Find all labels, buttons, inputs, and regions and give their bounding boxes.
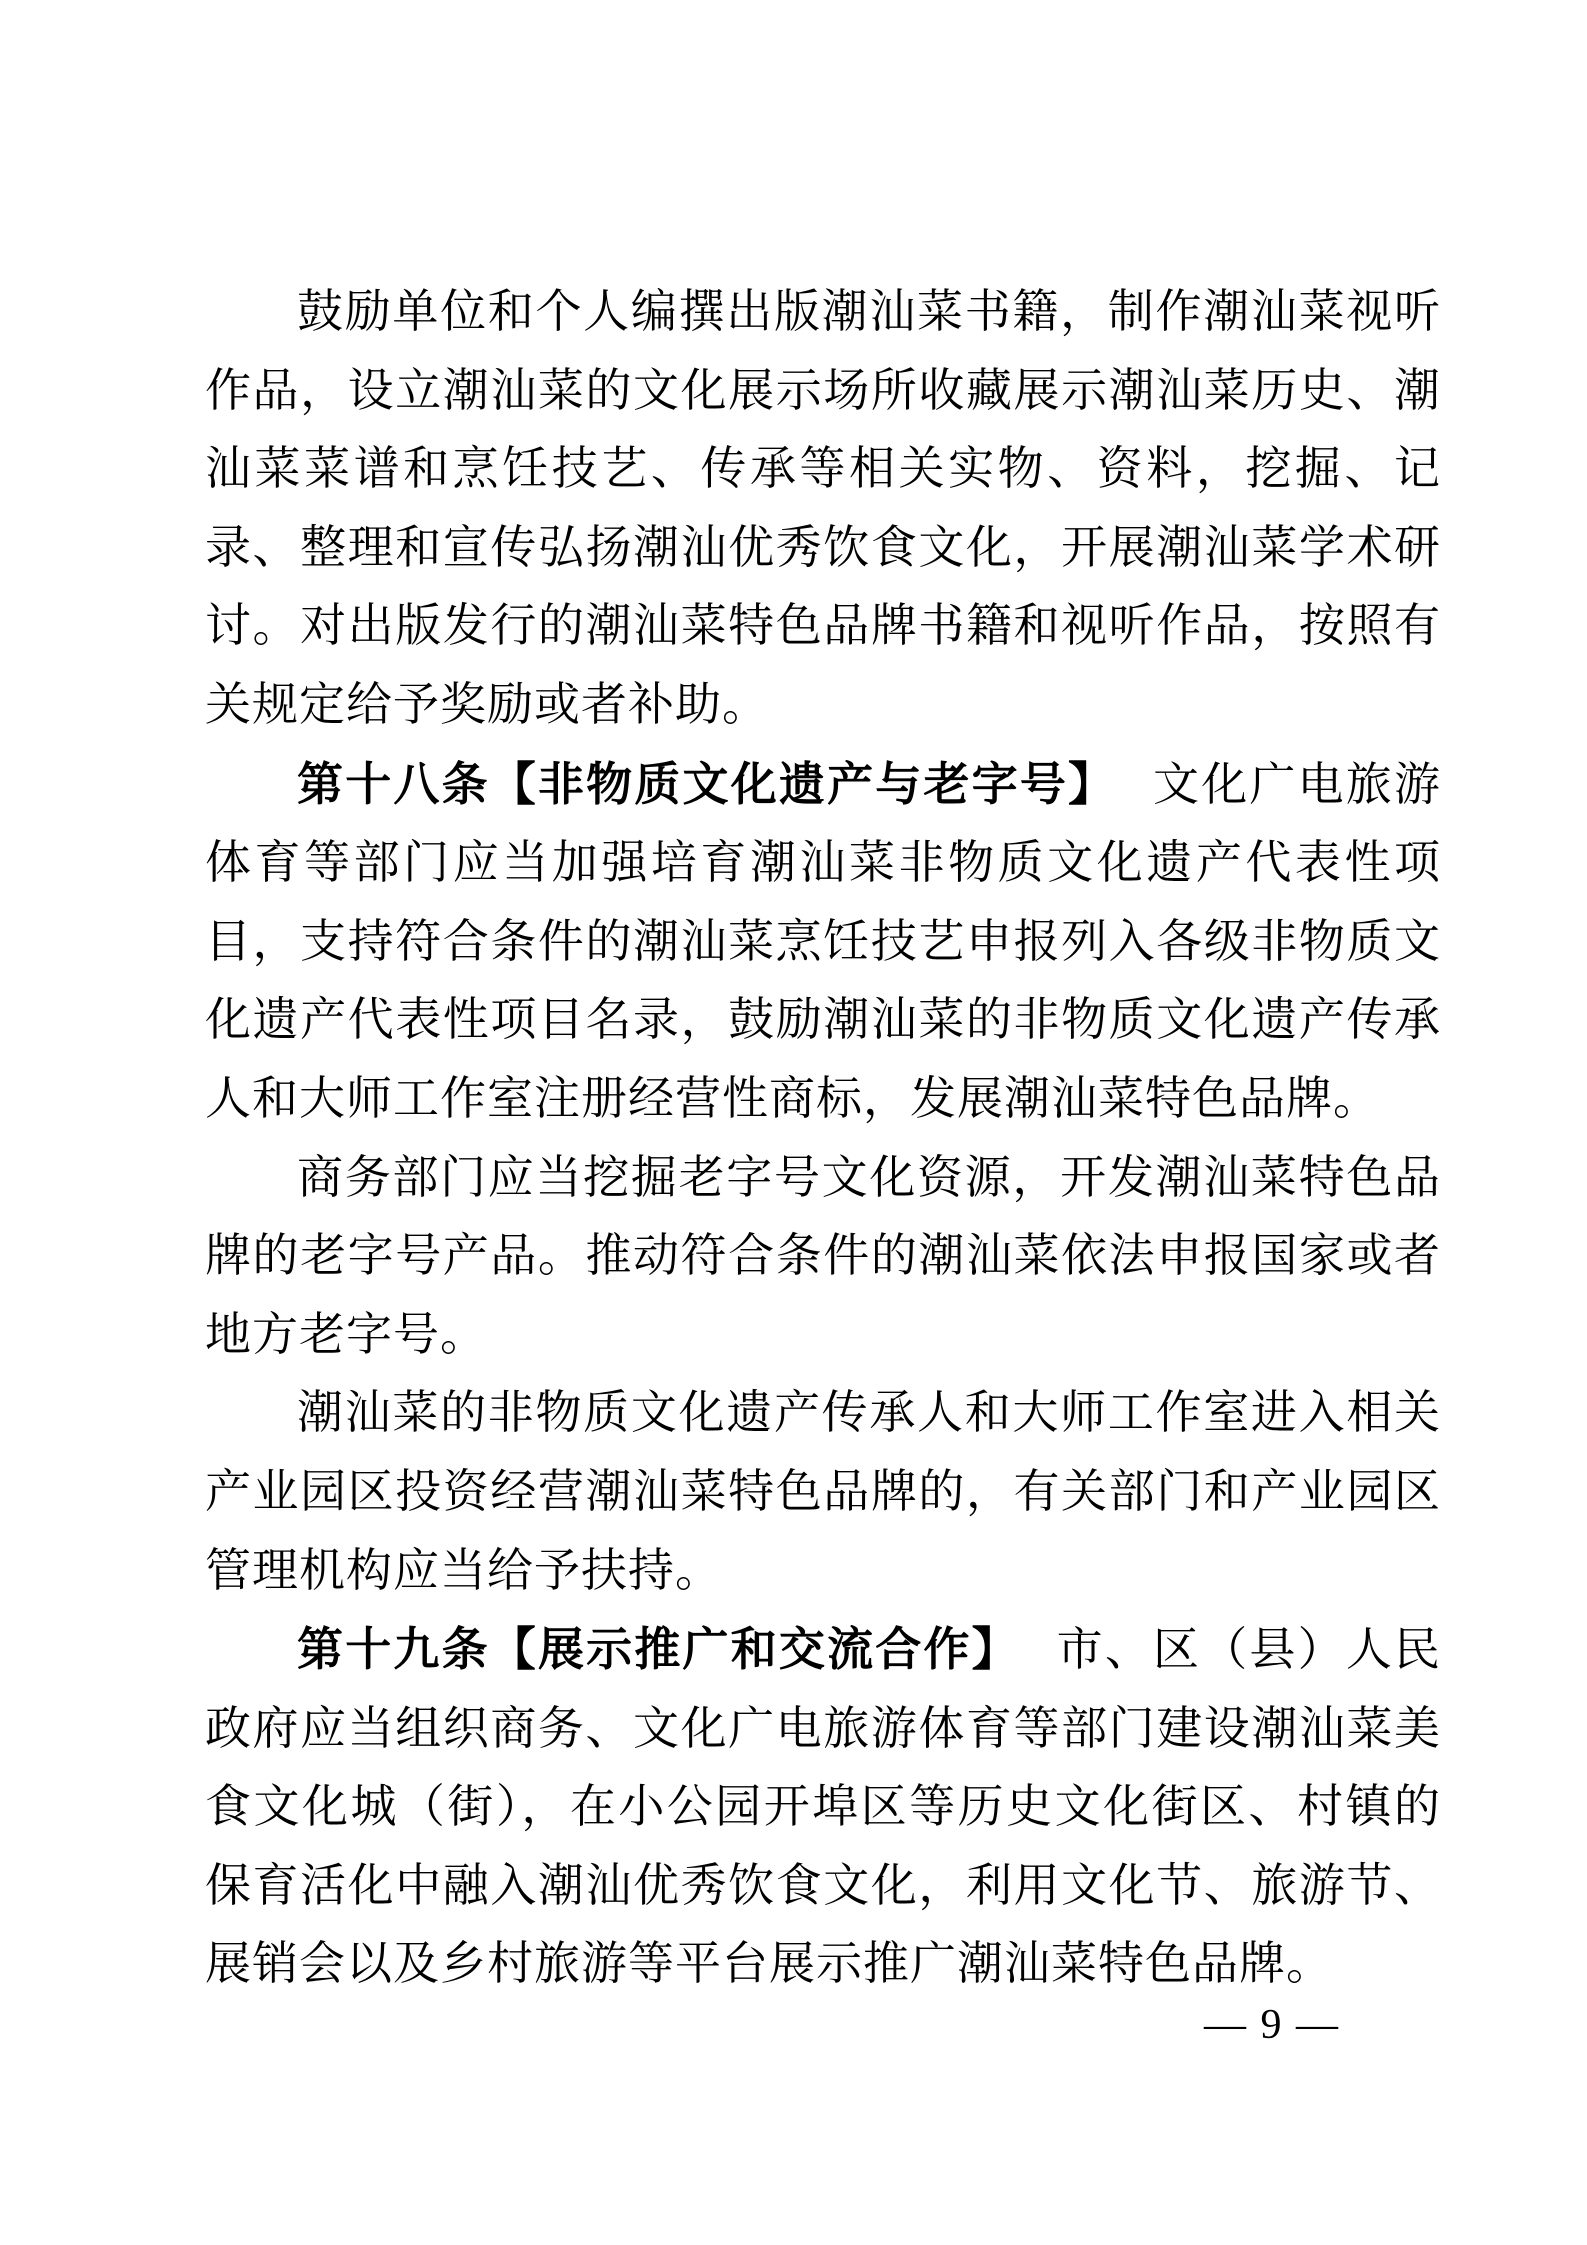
paragraph-publishing-incentives: 鼓励单位和个人编撰出版潮汕菜书籍，制作潮汕菜视听作品，设立潮汕菜的文化展示场所收… [205, 273, 1441, 745]
article-19-text: 市、区（县）人民政府应当组织商务、文化广电旅游体育等部门建设潮汕菜美食文化城（街… [205, 1624, 1441, 1989]
page-content: 鼓励单位和个人编撰出版潮汕菜书籍，制作潮汕菜视听作品，设立潮汕菜的文化展示场所收… [205, 273, 1441, 2004]
document-page: 鼓励单位和个人编撰出版潮汕菜书籍，制作潮汕菜视听作品，设立潮汕菜的文化展示场所收… [0, 0, 1587, 2245]
paragraph-industrial-park-support: 潮汕菜的非物质文化遗产传承人和大师工作室进入相关产业园区投资经营潮汕菜特色品牌的… [205, 1374, 1441, 1610]
paragraph-article-18: 第十八条【非物质文化遗产与老字号】文化广电旅游体育等部门应当加强培育潮汕菜非物质… [205, 745, 1441, 1139]
article-18-heading: 第十八条【非物质文化遗产与老字号】 [297, 758, 1116, 810]
article-19-heading: 第十九条【展示推广和交流合作】 [297, 1623, 1020, 1675]
page-number: — 9 — [1204, 2002, 1340, 2048]
paragraph-commerce-time-honored-brands: 商务部门应当挖掘老字号文化资源，开发潮汕菜特色品牌的老字号产品。推动符合条件的潮… [205, 1139, 1441, 1375]
article-18-text: 文化广电旅游体育等部门应当加强培育潮汕菜非物质文化遗产代表性项目，支持符合条件的… [205, 759, 1441, 1124]
paragraph-article-19: 第十九条【展示推广和交流合作】市、区（县）人民政府应当组织商务、文化广电旅游体育… [205, 1610, 1441, 2004]
